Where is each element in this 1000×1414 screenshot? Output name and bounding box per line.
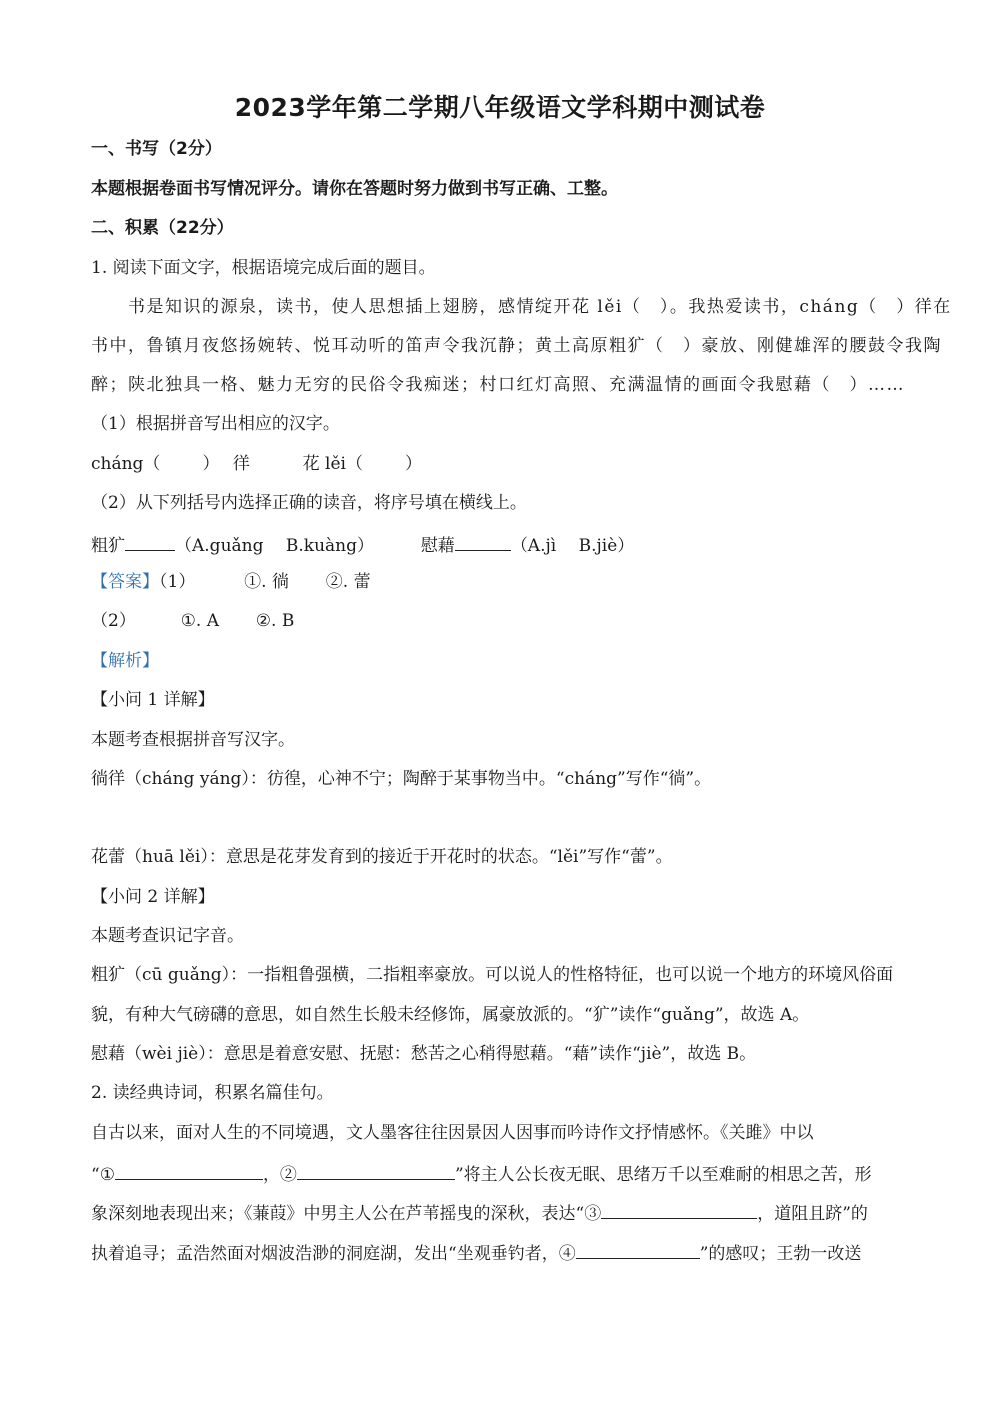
answer-line-1: 【答案】（1） ①. 徜 ②. 蕾 [91,571,371,593]
detail-1-line-1: 徜徉（cháng yáng）：彷徨，心神不宁；陶醉于某事物当中。“cháng”写… [91,768,711,790]
detail-2-heading: 【小问 2 详解】 [91,886,215,908]
line-text: 执着追寻；孟浩然面对烟波浩渺的洞庭湖，发出“坐观垂钓者，④ [91,1244,576,1264]
passage-line-1: 书是知识的源泉，读书，使人思想插上翅膀，感情绽开花 lěi（ ）。我热爱读书，c… [128,296,952,318]
line-text: ”的感叹；王勃一改送 [700,1244,862,1264]
question-2-line-2: “①，②”将主人公长夜无眠、思绪万千以至难耐的相思之苦，形 [91,1161,872,1186]
pinyin-label: cháng（ [91,454,160,474]
answer-index: （2） [91,611,136,631]
blank-marker-1: “① [91,1165,115,1185]
section-1-instruction: 本题根据卷面书写情况评分。请你在答题时努力做到书写正确、工整。 [91,178,618,200]
section-1-heading: 一、书写（2分） [91,138,222,160]
analysis-label: 【解析】 [91,650,159,672]
answer-label: 【答案】 [91,572,159,592]
poem-blank-4 [576,1240,700,1259]
question-1-prompt: 1. 阅读下面文字，根据语境完成后面的题目。 [91,257,436,279]
detail-2-intro: 本题考查识记字音。 [91,925,244,947]
reading-options: （A.jì B.jiè） [511,536,634,556]
line-text: ，道阻且跻”的 [757,1204,868,1224]
sub-question-1-items: cháng（） 徉 花 lěi（） [91,453,422,475]
sub-question-2-prompt: （2）从下列括号内选择正确的读音，将序号填在横线上。 [91,492,527,514]
pinyin-label: 花 lěi（ [303,454,363,474]
word-cuguang: 粗犷 [91,536,125,556]
poem-blank-3 [601,1200,757,1219]
question-2-line-4: 执着追寻；孟浩然面对烟波浩渺的洞庭湖，发出“坐观垂钓者，④”的感叹；王勃一改送 [91,1240,861,1265]
reading-options: （A.guǎng B.kuàng） [175,536,374,556]
question-2-line-3: 象深刻地表现出来；《蒹葭》中男主人公在芦苇摇曳的深秋，表达“③，道阻且跻”的 [91,1200,868,1225]
detail-2-line-1: 粗犷（cū guǎng）：一指粗鲁强横，二指粗率豪放。可以说人的性格特征，也可以… [91,964,893,986]
answer-item: ①. A [181,611,219,631]
blank-marker-2: ，② [263,1165,297,1185]
pinyin-item-chang: cháng（） 徉 [91,454,255,474]
answer-index: （1） [159,572,195,592]
poem-blank-1 [115,1161,263,1180]
detail-1-heading: 【小问 1 详解】 [91,689,215,711]
detail-2-line-2: 貌，有种大气磅礴的意思，如自然生长般未经修饰，属豪放派的。“犷”读作“guǎng… [91,1004,809,1026]
detail-2-line-3: 慰藉（wèi jiè）：意思是着意安慰、抚慰：愁苦之心稍得慰藉。“藉”读作“ji… [91,1043,756,1065]
poem-blank-2 [297,1161,455,1180]
passage-line-2: 书中，鲁镇月夜悠扬婉转、悦耳动听的笛声令我沉静；黄土高原粗犷（ ）豪放、刚健雄浑… [91,335,942,357]
answer-blank [455,532,511,551]
sub-question-1-prompt: （1）根据拼音写出相应的汉字。 [91,413,340,435]
char-suffix: 徉 [233,454,250,474]
answer-line-2: （2） ①. A ②. B [91,610,294,632]
answer-item: ①. 徜 [244,572,289,592]
answer-blank [125,532,175,551]
answer-item: ②. 蕾 [326,572,371,592]
answer-item: ②. B [256,611,295,631]
line-text: ”将主人公长夜无眠、思绪万千以至难耐的相思之苦，形 [455,1165,872,1185]
question-2-line-1: 自古以来，面对人生的不同境遇，文人墨客往往因景因人因事而吟诗作文抒情感怀。《关雎… [91,1122,814,1144]
line-text: 象深刻地表现出来；《蒹葭》中男主人公在芦苇摇曳的深秋，表达“③ [91,1204,601,1224]
pinyin-item-lei: 花 lěi（） [303,454,422,474]
bracket-close: ） [202,454,219,474]
passage-line-3: 醉；陕北独具一格、魅力无穷的民俗令我痴迷；村口红灯高照、充满温情的画面令我慰藉（… [91,374,905,396]
section-2-heading: 二、积累（22分） [91,217,234,239]
detail-1-intro: 本题考查根据拼音写汉字。 [91,729,295,751]
bracket-close: ） [405,454,422,474]
sub-question-2-items: 粗犷（A.guǎng B.kuàng） 慰藉（A.jì B.jiè） [91,532,634,557]
detail-1-line-2: 花蕾（huā lěi）：意思是花芽发育到的接近于开花时的状态。“lěi”写作“蕾… [91,846,673,868]
question-2-prompt: 2. 读经典诗词，积累名篇佳句。 [91,1082,334,1104]
page-title: 2023学年第二学期八年级语文学科期中测试卷 [0,88,1000,124]
word-weijie: 慰藉 [421,536,455,556]
